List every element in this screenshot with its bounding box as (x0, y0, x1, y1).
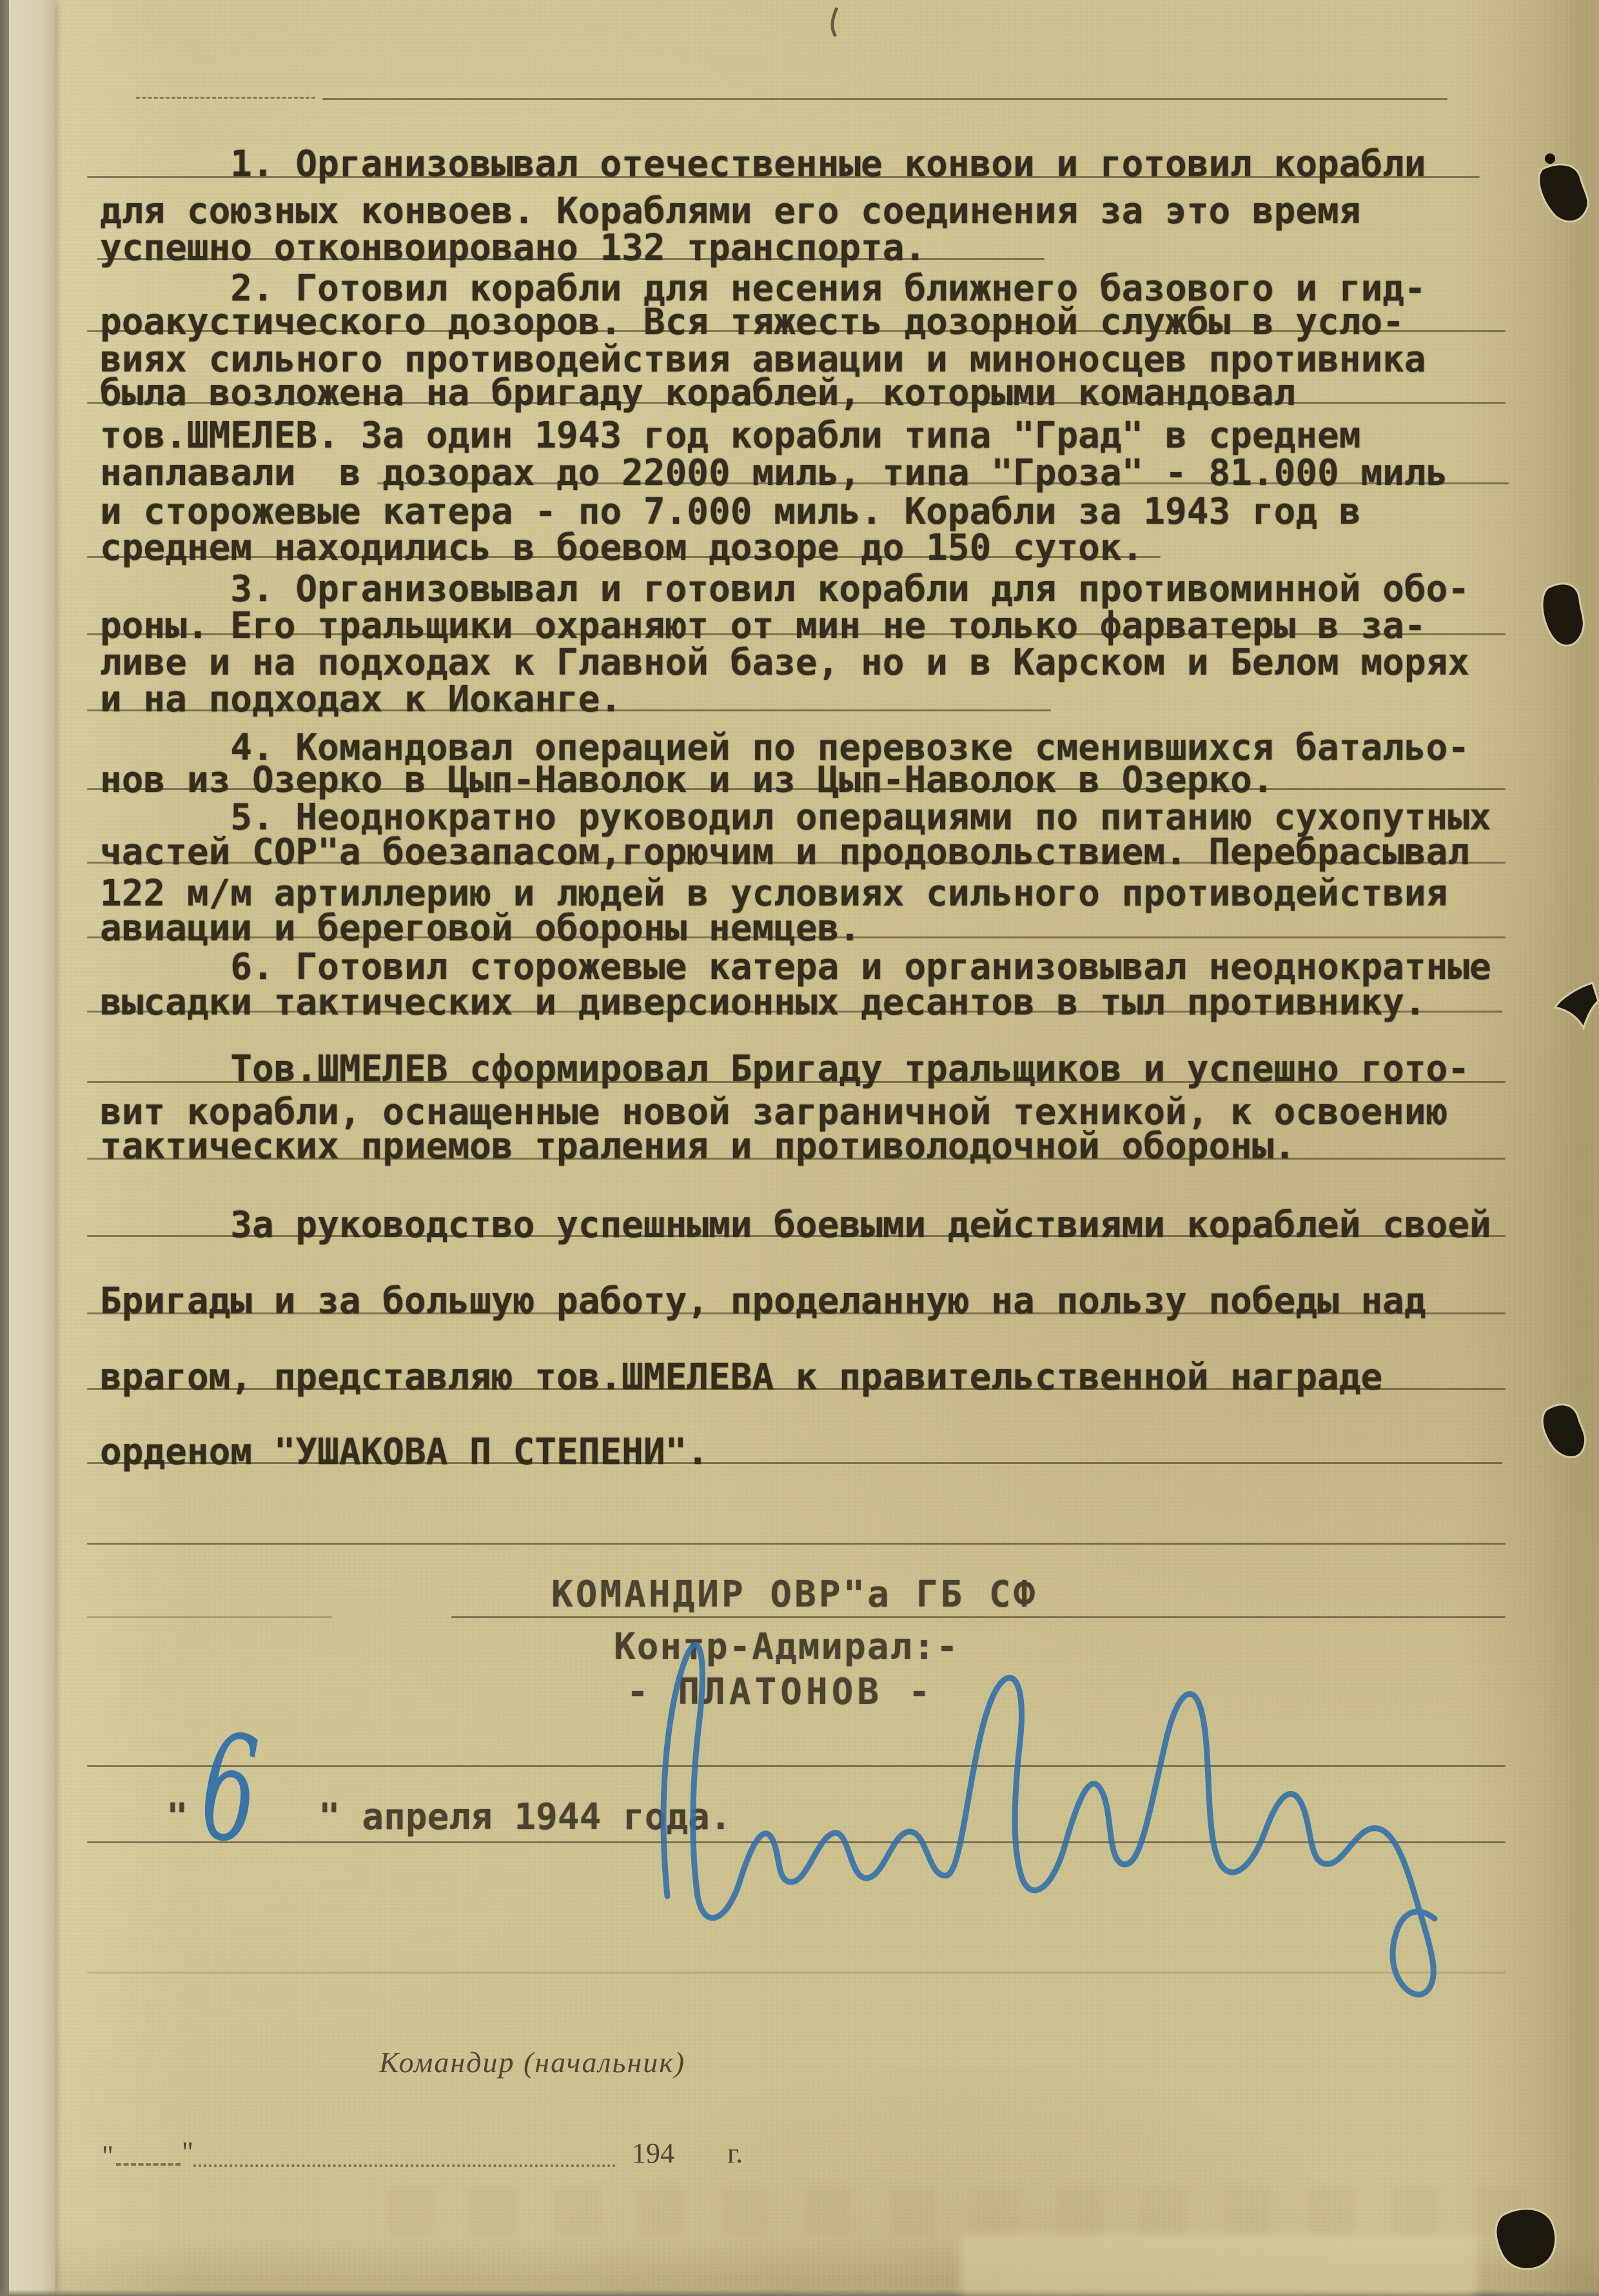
form-dotted-line (193, 2164, 616, 2167)
form-quote-mark: " (102, 2140, 113, 2172)
typed-line: была возложена на бригаду кораблей, кото… (100, 375, 1295, 411)
typed-line: орденом "УШАКОВА П СТЕПЕНИ". (100, 1434, 709, 1470)
paper-tear (1555, 983, 1598, 1028)
typed-line: и сторожевые катера - по 7.000 миль. Кор… (100, 494, 1360, 530)
form-dash-line (116, 2163, 181, 2166)
typed-line: частей СОР"а боезапасом,горючим и продов… (100, 835, 1469, 871)
rank-line: Контр-Адмирал:- (614, 1629, 959, 1665)
ruled-line (87, 1972, 1506, 1974)
typed-line: и на подходах к Иоканге. (100, 682, 622, 718)
name-line: - ПЛАТОНОВ - (627, 1674, 934, 1710)
typed-line: Тов.ШМЕЛЕВ сформировал Бригаду тральщико… (100, 1051, 1469, 1087)
typed-line: роакустического дозоров. Вся тяжесть доз… (100, 304, 1404, 341)
typed-line: 3. Организовывал и готовил корабли для п… (100, 571, 1469, 608)
typed-line: авиации и береговой обороны немцев. (100, 911, 861, 947)
ruled-line (87, 1543, 1506, 1545)
paper-tear (1539, 164, 1588, 222)
typed-line: нов из Озерко в Цып-Наволок и из Цып-Нав… (100, 762, 1274, 798)
form-year-suffix: г. (727, 2137, 743, 2170)
document-page: 1. Организовывал отечественные конвои и … (0, 0, 1599, 2296)
typed-line: среднем находились в боевом дозоре до 15… (100, 530, 1143, 566)
typed-line: наплавали в дозорах до 22000 миль, типа … (100, 455, 1447, 491)
paper-tear (1542, 584, 1584, 646)
typed-line: 1. Организовывал отечественные конвои и … (100, 146, 1426, 183)
typed-line: 5. Неоднократно руководил операциями по … (100, 800, 1491, 836)
form-quote-mark: " (182, 2136, 193, 2168)
paper-patch (961, 2235, 1476, 2296)
typed-line: врагом, представляю тов.ШМЕЛЕВА к правит… (100, 1360, 1382, 1396)
typed-line: Бригады и за большую работу, проделанную… (100, 1283, 1426, 1320)
unit-commander-line: КОМАНДИР ОВР"а ГБ СФ (551, 1577, 1037, 1613)
typed-line: 6. Готовил сторожевые катера и организов… (100, 949, 1491, 985)
typed-line: тактических приемов траления и противоло… (100, 1129, 1295, 1165)
ruled-line (87, 1841, 1506, 1843)
ruled-line (451, 1616, 1506, 1618)
ruled-line (87, 1765, 1506, 1767)
form-year-blank: 194 (632, 2137, 674, 2170)
ruled-line (87, 1616, 332, 1618)
paper-tear (1542, 1405, 1585, 1458)
typed-line: для союзных конвоев. Кораблями его соеди… (100, 193, 1360, 230)
handwritten-day-6: 6 (197, 1710, 262, 1869)
paper-tear (1545, 153, 1555, 164)
pen-mark (832, 8, 837, 36)
ruled-line (135, 97, 316, 99)
typed-line: высадки тактических и диверсионных десан… (100, 985, 1426, 1021)
typed-line: тов.ШМЕЛЕВ. За один 1943 год корабли тип… (100, 418, 1360, 454)
typed-line: роны. Его тральщики охраняют от мин не т… (100, 608, 1426, 644)
paper-edge-left (9, 0, 55, 2296)
typed-line: успешно отконвоировано 132 транспорта. (100, 230, 926, 266)
scan-edge-left (0, 0, 9, 2296)
typed-line: За руководство успешными боевыми действи… (100, 1207, 1491, 1243)
ink-bleed-ghost (387, 2188, 1522, 2236)
typed-line: ливе и на подходах к Главной базе, но и … (100, 645, 1469, 681)
form-label-commander: Командир (начальник) (379, 2046, 685, 2079)
typed-line: 122 м/м артиллерию и людей в условиях си… (100, 876, 1447, 912)
ruled-line (322, 98, 1447, 100)
